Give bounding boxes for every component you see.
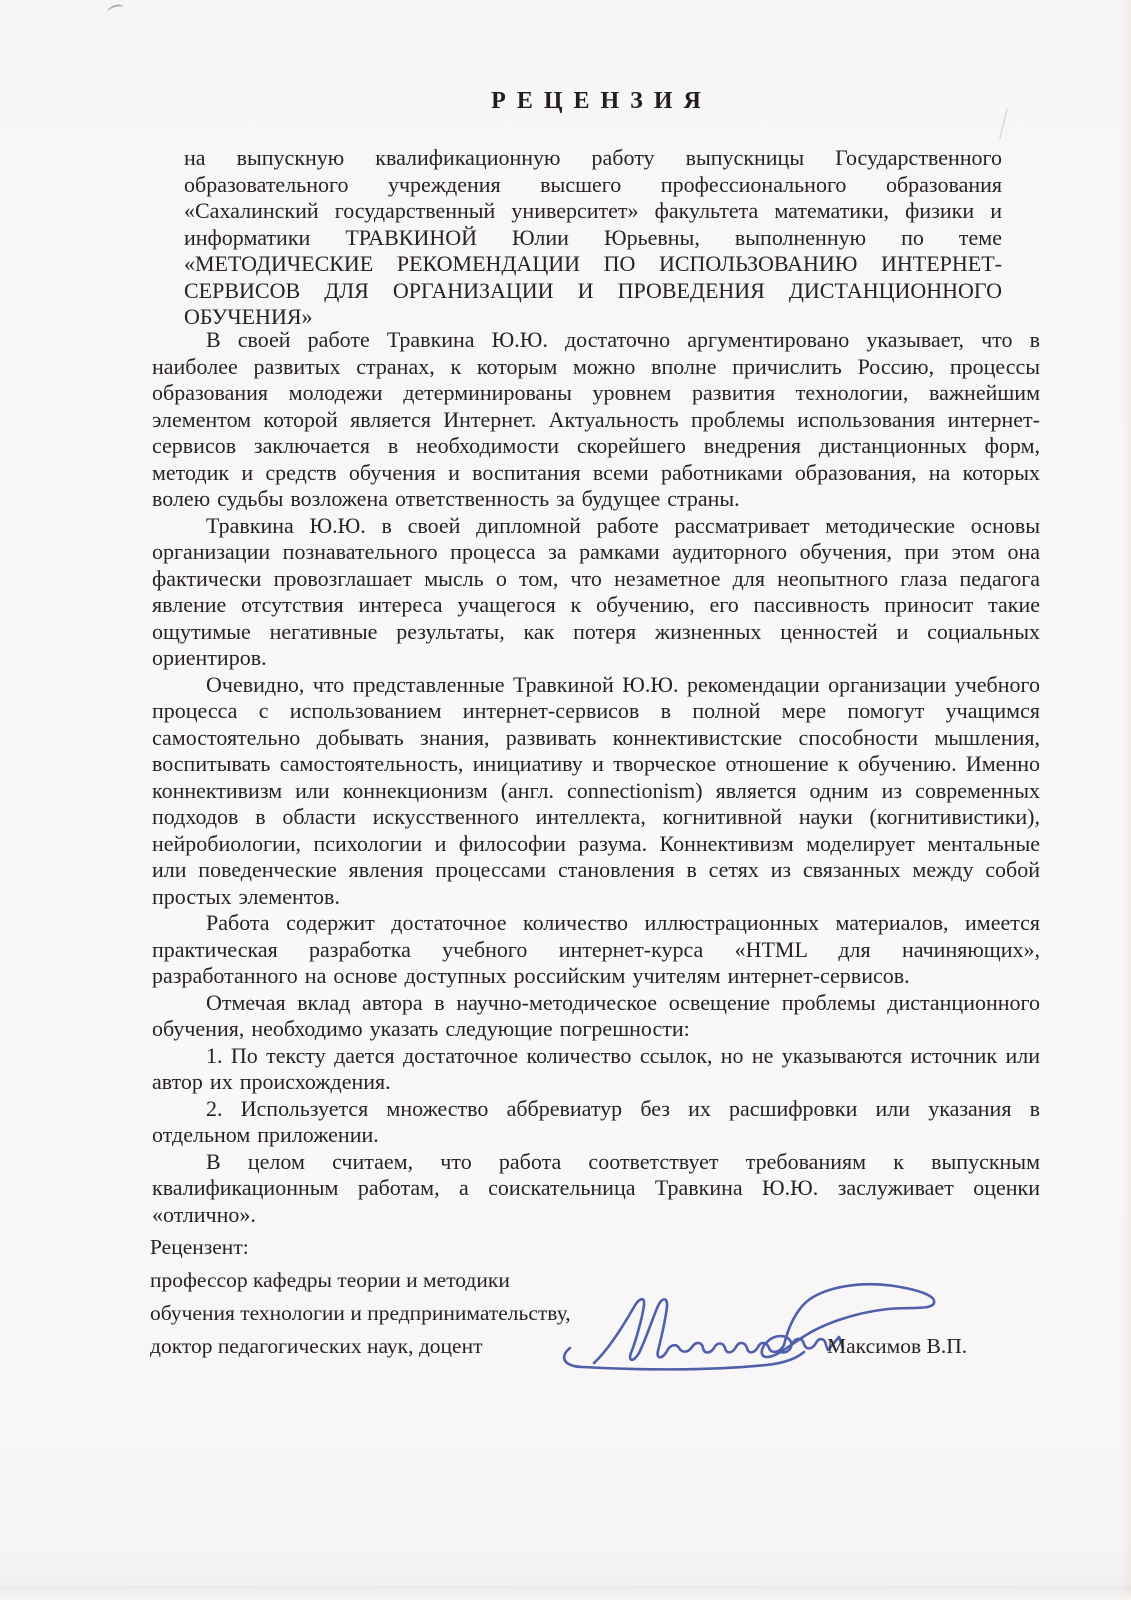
body-paragraph-2: Травкина Ю.Ю. в своей дипломной работе р… — [152, 513, 1040, 672]
document-title: РЕЦЕНЗИЯ — [152, 88, 1040, 115]
review-body: В своей работе Травкина Ю.Ю. достаточно … — [152, 327, 1040, 1228]
body-paragraph-5: Отмечая вклад автора в научно-методическ… — [152, 990, 1040, 1043]
reviewer-name: Максимов В.П. — [827, 1334, 967, 1359]
scanned-review-page: РЕЦЕНЗИЯ на выпускную квалификационную р… — [0, 0, 1131, 1600]
pen-scratch-mark — [106, 3, 125, 17]
body-paragraph-4: Работа содержит достаточное количество и… — [152, 910, 1040, 990]
body-paragraph-3: Очевидно, что представленные Травкиной Ю… — [152, 672, 1040, 911]
intro-paragraph: на выпускную квалификационную работу вып… — [184, 145, 1002, 331]
handwritten-signature — [554, 1286, 950, 1378]
body-paragraph-1: В своей работе Травкина Ю.Ю. достаточно … — [152, 327, 1040, 513]
reviewer-label: Рецензент: — [150, 1231, 670, 1264]
scan-right-edge — [1121, 0, 1131, 1600]
scan-bottom-edge — [0, 1585, 1131, 1600]
remark-item-2: 2. Используется множество аббревиатур бе… — [152, 1096, 1040, 1149]
conclusion-paragraph: В целом считаем, что работа соответствуе… — [152, 1149, 1040, 1229]
remark-item-1: 1. По тексту дается достаточное количест… — [152, 1043, 1040, 1096]
